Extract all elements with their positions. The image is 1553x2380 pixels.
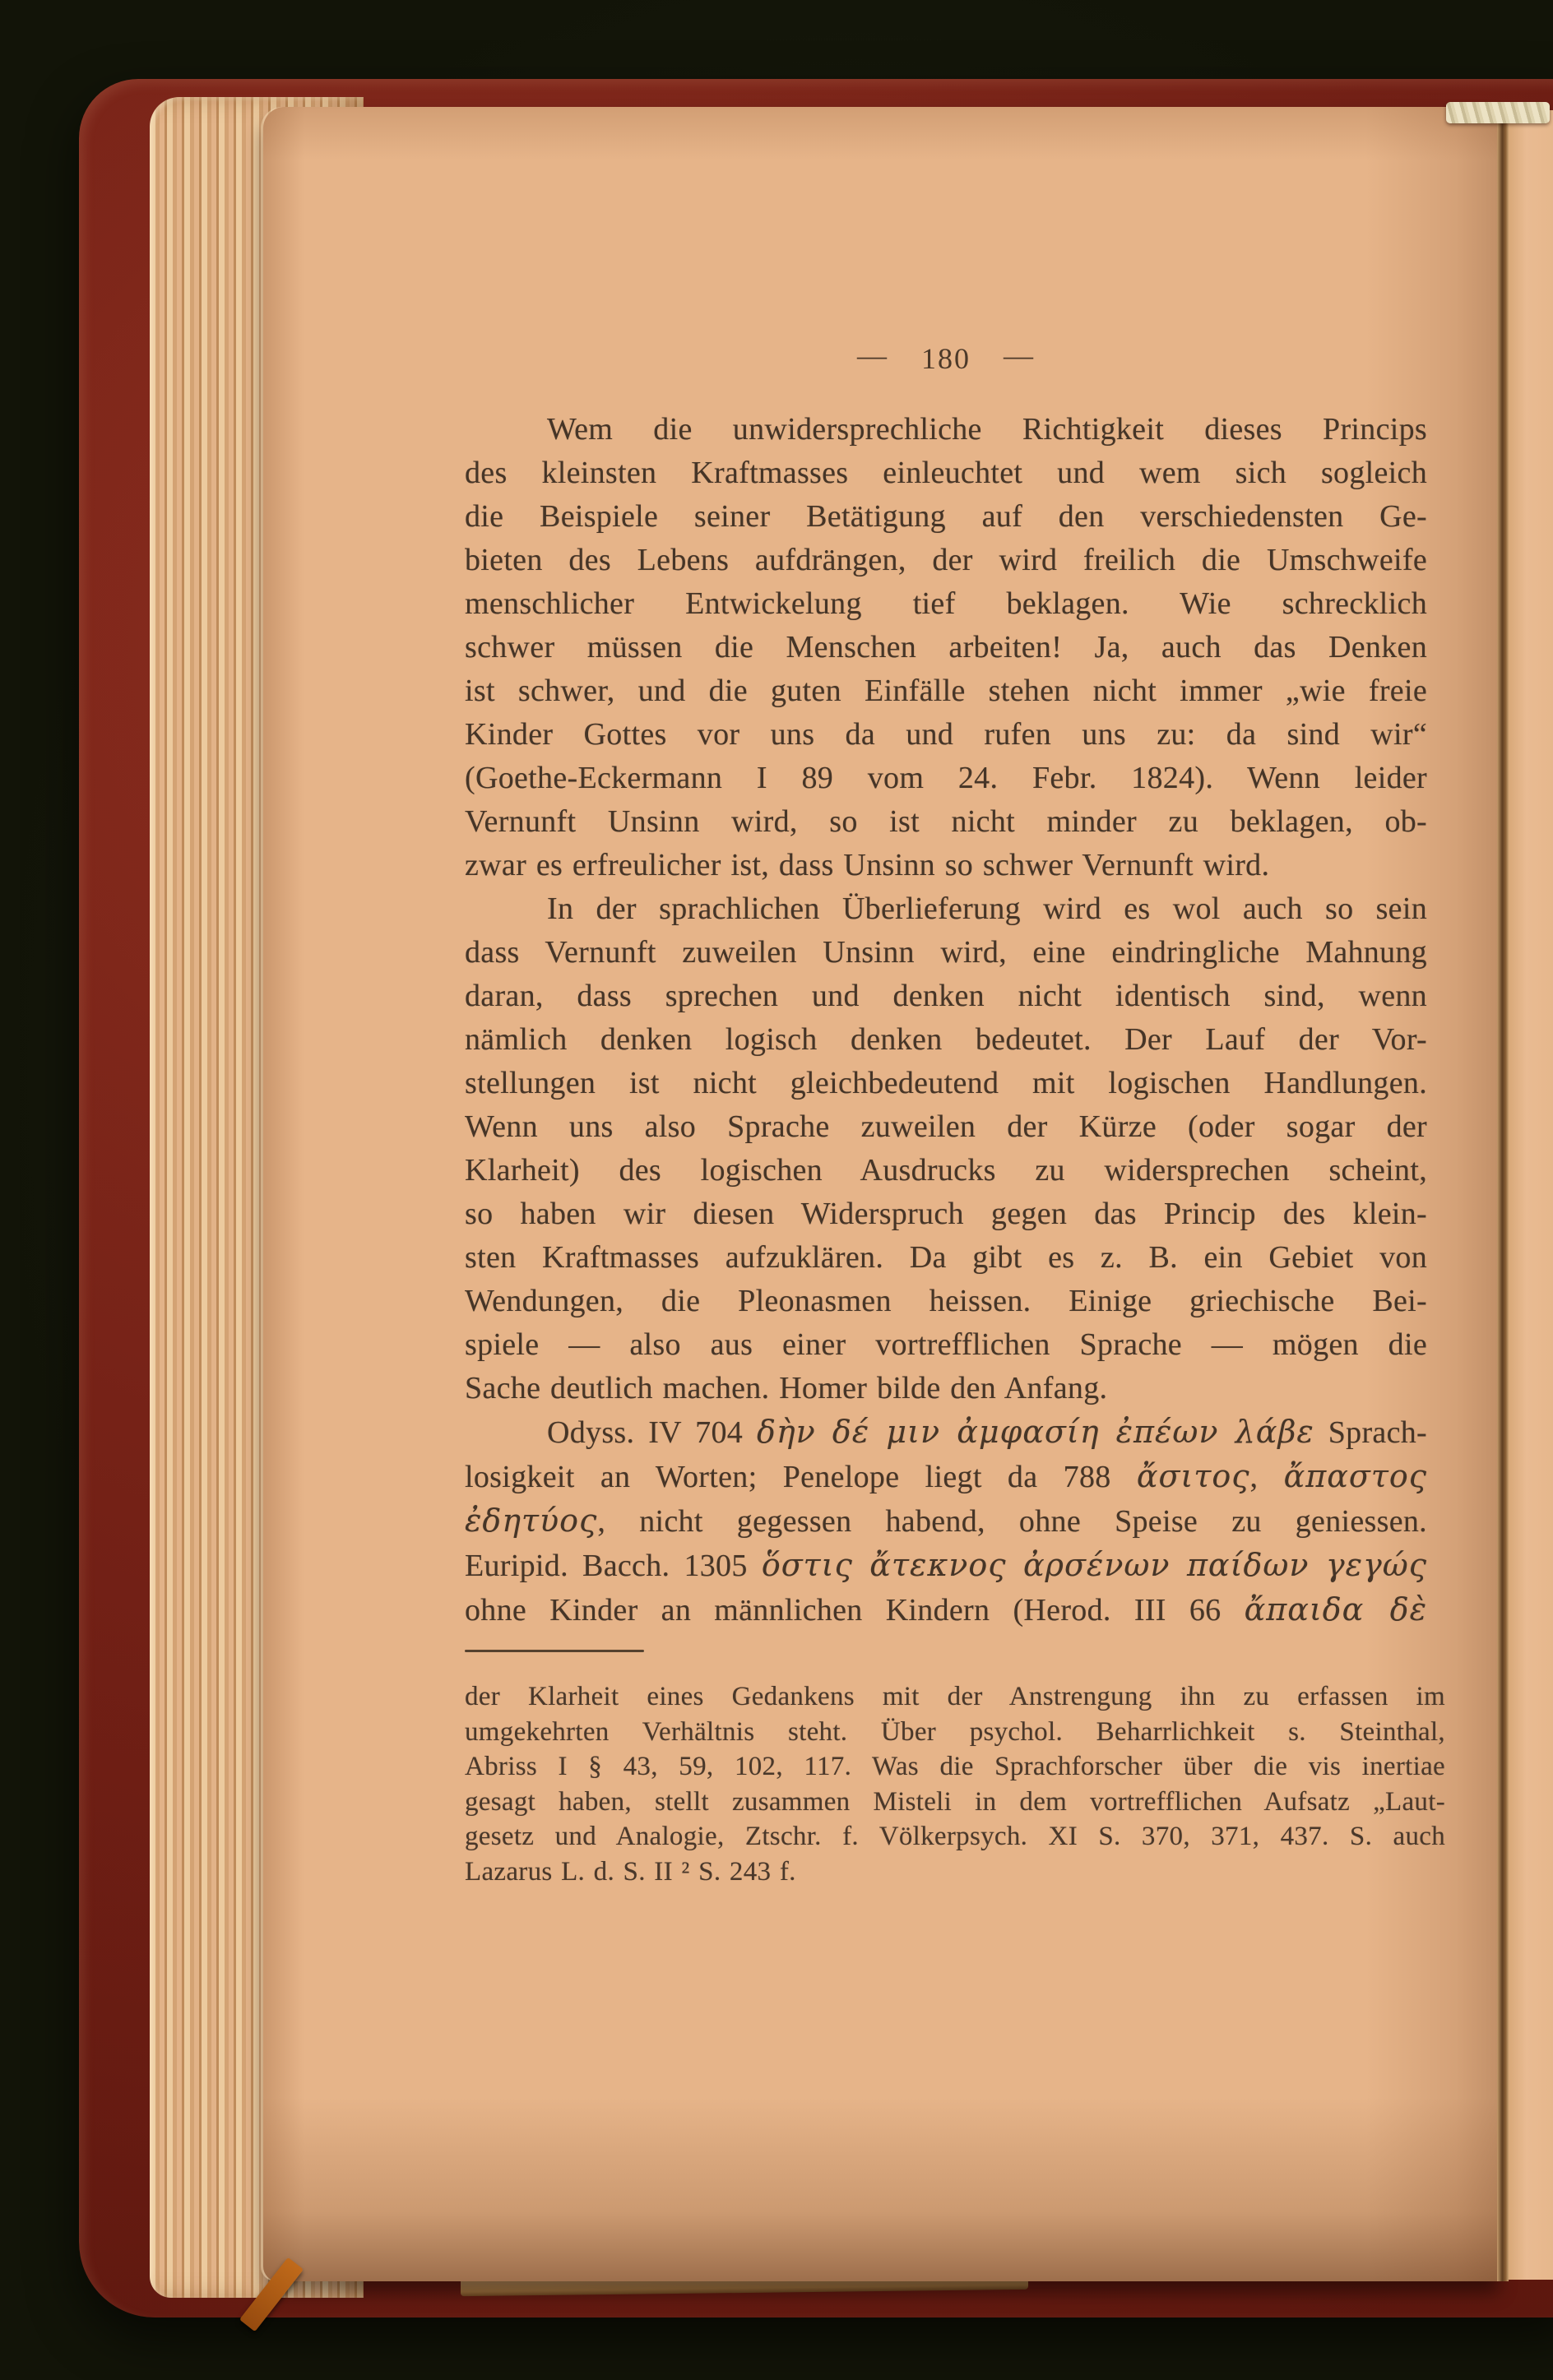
text-line: Odyss. IV 704 δὴν δέ μιν ἀμφασίη ἐπέων λ… <box>465 1410 1427 1455</box>
text-line: Lazarus L. d. S. II ² S. 243 f. <box>465 1854 1445 1890</box>
scanned-book-photo: { "page": { "header": { "dash": "—", "pa… <box>0 0 1553 2380</box>
text-line: (Goethe-Eckermann I 89 vom 24. Febr. 182… <box>465 757 1427 800</box>
page-header: — 180 — <box>465 341 1427 376</box>
text-line: sten Kraftmasses aufzuklären. Da gibt es… <box>465 1236 1427 1280</box>
text-line: gesagt haben, stellt zusammen Misteli in… <box>465 1785 1445 1820</box>
text-line: daran, dass sprechen und denken nicht id… <box>465 975 1427 1018</box>
text-line: spiele — also aus einer vortrefflichen S… <box>465 1323 1427 1367</box>
text-line: Abriss I § 43, 59, 102, 117. Was die Spr… <box>465 1749 1445 1785</box>
book-page: — 180 — Wem die unwidersprechliche Richt… <box>263 107 1499 2281</box>
headband <box>1446 102 1550 123</box>
text-line: Klarheit) des logischen Ausdrucks zu wid… <box>465 1149 1427 1192</box>
text-line: Euripid. Bacch. 1305 ὅστις ἄτεκνος ἀρσέν… <box>465 1544 1427 1588</box>
text-line: die Beispiele seiner Betätigung auf den … <box>465 495 1427 539</box>
text-line: so haben wir diesen Widerspruch gegen da… <box>465 1192 1427 1236</box>
text-line: Wem die unwidersprechliche Richtigkeit d… <box>465 408 1427 451</box>
text-line: nämlich denken logisch denken bedeutet. … <box>465 1018 1427 1062</box>
text-line: des kleinsten Kraftmasses einleuchtet un… <box>465 451 1427 495</box>
text-line: der Klarheit eines Gedankens mit der Ans… <box>465 1679 1445 1715</box>
text-line: ohne Kinder an männlichen Kindern (Herod… <box>465 1588 1427 1632</box>
text-line: bieten des Lebens aufdrängen, der wird f… <box>465 539 1427 582</box>
text-line: Sache deutlich machen. Homer bilde den A… <box>465 1367 1427 1410</box>
main-text-block: Wem die unwidersprechliche Richtigkeit d… <box>465 408 1427 1632</box>
text-line: schwer müssen die Menschen arbeiten! Ja,… <box>465 626 1427 669</box>
text-line: umgekehrten Verhältnis steht. Über psych… <box>465 1715 1445 1750</box>
text-line: ἐδητύος, nicht gegessen habend, ohne Spe… <box>465 1499 1427 1544</box>
text-line: Vernunft Unsinn wird, so ist nicht minde… <box>465 800 1427 844</box>
text-line: Kinder Gottes vor uns da und rufen uns z… <box>465 713 1427 757</box>
book: — 180 — Wem die unwidersprechliche Richt… <box>0 0 1553 2380</box>
header-dash-left: — <box>857 338 888 373</box>
text-line: In der sprachlichen Überlieferung wird e… <box>465 887 1427 931</box>
text-line: losigkeit an Worten; Penelope liegt da 7… <box>465 1455 1427 1499</box>
header-dash-right: — <box>1004 338 1035 373</box>
page-number: 180 <box>921 341 971 376</box>
footnote-rule <box>465 1650 644 1652</box>
footnote-block: der Klarheit eines Gedankens mit der Ans… <box>465 1679 1445 1889</box>
text-line: ist schwer, und die guten Einfälle stehe… <box>465 669 1427 713</box>
text-line: dass Vernunft zuweilen Unsinn wird, eine… <box>465 931 1427 975</box>
text-line: menschlicher Entwickelung tief beklagen.… <box>465 582 1427 626</box>
text-line: Wenn uns also Sprache zuweilen der Kürze… <box>465 1105 1427 1149</box>
text-line: zwar es erfreulicher ist, dass Unsinn so… <box>465 844 1427 887</box>
text-line: Wendungen, die Pleonasmen heissen. Einig… <box>465 1280 1427 1323</box>
gutter-shadow <box>1497 109 1509 2281</box>
next-page-edge <box>1509 110 1553 2280</box>
text-line: stellungen ist nicht gleichbedeutend mit… <box>465 1062 1427 1105</box>
text-line: gesetz und Analogie, Ztschr. f. Völkerps… <box>465 1819 1445 1854</box>
